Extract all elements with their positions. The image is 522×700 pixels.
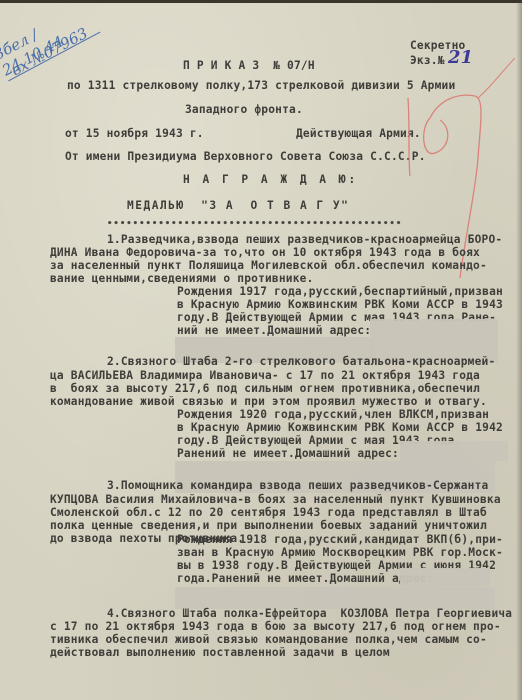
heading-separator: ••••••••••••••••••••••••••••••••••••••••… (107, 219, 402, 229)
entry-1-bio-2: в Красную Армию Кожвинским РВК Коми АССР… (177, 298, 503, 311)
redacted-address (175, 587, 495, 609)
order-authority: От имени Президиума Верховного Совета Со… (65, 150, 426, 163)
entry-3-bio-4: года.Ранений не имеет.Домашний адрес: (177, 572, 434, 585)
entry-2-bio-4: Ранений не имеет.Домашний адрес: (177, 447, 399, 460)
redacted-address (400, 441, 508, 461)
entry-1-line-4: вание ценными,сведениями о противнике. (50, 272, 314, 285)
entry-3-bio-2: зван в Красную Армию Москворецким РВК го… (177, 546, 503, 559)
redacted-address (400, 568, 490, 586)
entry-2-line-2: ца ВАСИЛЬЕВА Владимира Ивановича- с 17 п… (50, 369, 480, 382)
entry-1-line-3: за населенный пункт Поляшица Могилевской… (50, 259, 487, 272)
entry-2-bio-1: Рождения 1920 года,русский,член ВЛКСМ,пр… (177, 408, 489, 421)
award-verb-heading: Н А Г Р А Ж Д А Ю: (183, 173, 358, 186)
medal-heading: МЕДАЛЬЮ "З А О Т В А Г У" (127, 199, 349, 212)
entry-4-line-3: тивника обеспечил живой связью командова… (50, 633, 487, 646)
entry-2-line-4: командование живой связью и при этом про… (50, 395, 487, 408)
entry-3-line-4: полка ценные сведения,и при выполнении б… (50, 519, 487, 532)
entry-2-bio-2: в Красную Армию Кожвинским РВК Коми АССР… (177, 421, 503, 434)
entry-1-line-1: 1.Разведчика,взвода пеших разведчиков-кр… (107, 233, 502, 246)
entry-2-line-1: 2.Связного Штаба 2-го стрелкового баталь… (107, 355, 495, 368)
entry-3-line-1: 3.Помощника командира взвода пеших разве… (107, 479, 488, 492)
entry-1-bio-1: Рождения 1917 года,русский,беспартийный,… (177, 285, 503, 298)
entry-4-line-2: с 17 по 21 октября 1943 года в бою за вы… (50, 620, 501, 633)
entry-1-bio-4: ний не имеет.Домашний адрес: (177, 324, 371, 337)
order-date: от 15 ноября 1943 г. (65, 127, 204, 140)
order-front-line: Западного фронта. (185, 103, 303, 116)
entry-4-line-1: 4.Связного Штаба полка-Ефрейтора КОЗЛОВА… (107, 607, 512, 620)
entry-3-line-3: Смоленской обл.с 12 по 20 сентября 1943 … (50, 506, 487, 519)
archival-document-page: 3бел / 24.10.44 вх №07963 Секретно Экз.№… (0, 0, 522, 700)
entry-3-bio-1: Рождения 1918 года,русский,кандидат ВКП(… (177, 533, 503, 546)
entry-2-line-3: в боях за высоту 217,6 под сильным огнем… (50, 382, 480, 395)
order-title: П Р И К А З № 07/Н (183, 59, 315, 72)
entry-3-line-2: КУПЦОВА Василия Михайловича-в боях за на… (50, 493, 501, 506)
entry-4-line-4: действовал выполнению поставленной задач… (50, 646, 390, 659)
entry-1-line-2: ДИНА Ивана Федоровича-за то,что он 10 ок… (50, 246, 480, 259)
